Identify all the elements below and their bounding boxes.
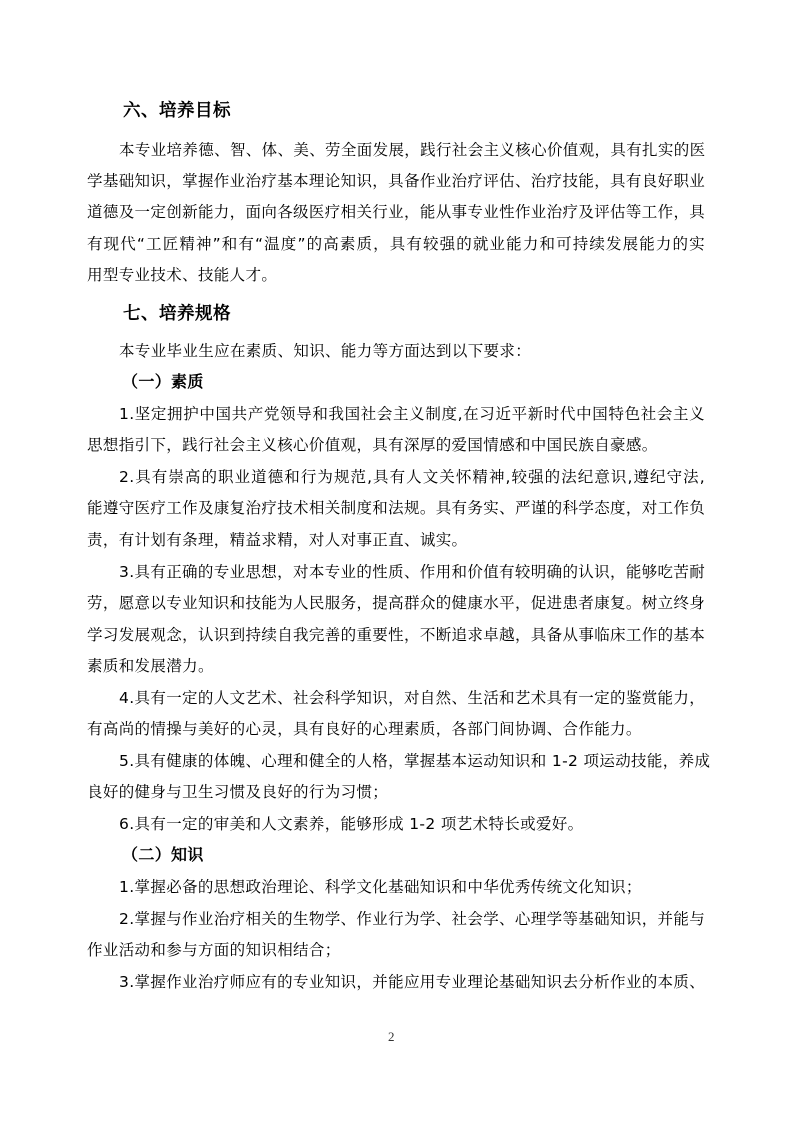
list-item-line: 劳，愿意以专业知识和技能为人民服务，提高群众的健康水平，促进患者康复。树立终身 (87, 593, 705, 613)
list-item-line: 2.具有崇高的职业道德和行为规范,具有人文关怀精神,较强的法纪意识,遵纪守法, (119, 467, 705, 487)
paragraph-line: 用型专业技术、技能人才。 (87, 265, 277, 285)
list-item-line: 1.掌握必备的思想政治理论、科学文化基础知识和中华优秀传统文化知识； (119, 877, 642, 897)
paragraph-line: 有现代“工匠精神”和有“温度”的高素质，具有较强的就业能力和可持续发展能力的实 (87, 234, 705, 254)
list-item-line: 学习发展观念，认识到持续自我完善的重要性，不断追求卓越，具备从事临床工作的基本 (87, 625, 705, 645)
list-item-line: 1.坚定拥护中国共产党领导和我国社会主义制度,在习近平新时代中国特色社会主义 (119, 404, 705, 424)
list-item-line: 素质和发展潜力。 (87, 656, 214, 676)
list-item-line: 能遵守医疗工作及康复治疗技术相关制度和法规。具有务实、严谨的科学态度，对工作负 (87, 498, 705, 518)
list-item-line: 思想指引下，践行社会主义核心价值观，具有深厚的爱国情感和中国民族自豪感。 (87, 435, 658, 455)
list-item-line: 4.具有一定的人文艺术、社会科学知识，对自然、生活和艺术具有一定的鉴赏能力， (119, 688, 705, 708)
list-item-line: 作业活动和参与方面的知识相结合； (87, 940, 341, 960)
document-page: 六、培养目标 本专业培养德、智、体、美、劳全面发展，践行社会主义核心价值观，具有… (0, 0, 792, 1121)
section-intro: 本专业毕业生应在素质、知识、能力等方面达到以下要求： (119, 341, 531, 361)
list-item-line: 6.具有一定的审美和人文素养，能够形成 1-2 项艺术特长或爱好。 (119, 814, 584, 834)
paragraph-line: 学基础知识，掌握作业治疗基本理论知识，具备作业治疗评估、治疗技能，具有良好职业 (87, 171, 705, 191)
paragraph-line: 本专业培养德、智、体、美、劳全面发展，践行社会主义核心价值观，具有扎实的医 (119, 140, 705, 160)
list-item-line: 3.具有正确的专业思想，对本专业的性质、作用和价值有较明确的认识，能够吃苦耐 (119, 562, 705, 582)
page-number: 2 (388, 1029, 395, 1045)
list-item-line: 有高尚的情操与美好的心灵，具有良好的心理素质，各部门间协调、合作能力。 (87, 719, 642, 739)
list-item-line: 责，有计划有条理，精益求精，对人对事正直、诚实。 (87, 530, 467, 550)
section-heading-training-objective: 六、培养目标 (123, 101, 231, 121)
section-heading-training-specification: 七、培养规格 (123, 304, 231, 324)
paragraph-line: 道德及一定创新能力，面向各级医疗相关行业，能从事专业性作业治疗及评估等工作，具 (87, 202, 705, 222)
list-item-line: 3.掌握作业治疗师应有的专业知识，并能应用专业理论基础知识去分析作业的本质、 (119, 972, 705, 992)
list-item-line: 2.掌握与作业治疗相关的生物学、作业行为学、社会学、心理学等基础知识，并能与 (119, 909, 705, 929)
list-item-line: 5.具有健康的体魄、心理和健全的人格，掌握基本运动知识和 1-2 项运动技能，养… (119, 751, 705, 771)
subsection-heading-knowledge: （二）知识 (122, 845, 204, 865)
list-item-line: 良好的健身与卫生习惯及良好的行为习惯； (87, 782, 388, 802)
subsection-heading-quality: （一）素质 (122, 372, 204, 392)
